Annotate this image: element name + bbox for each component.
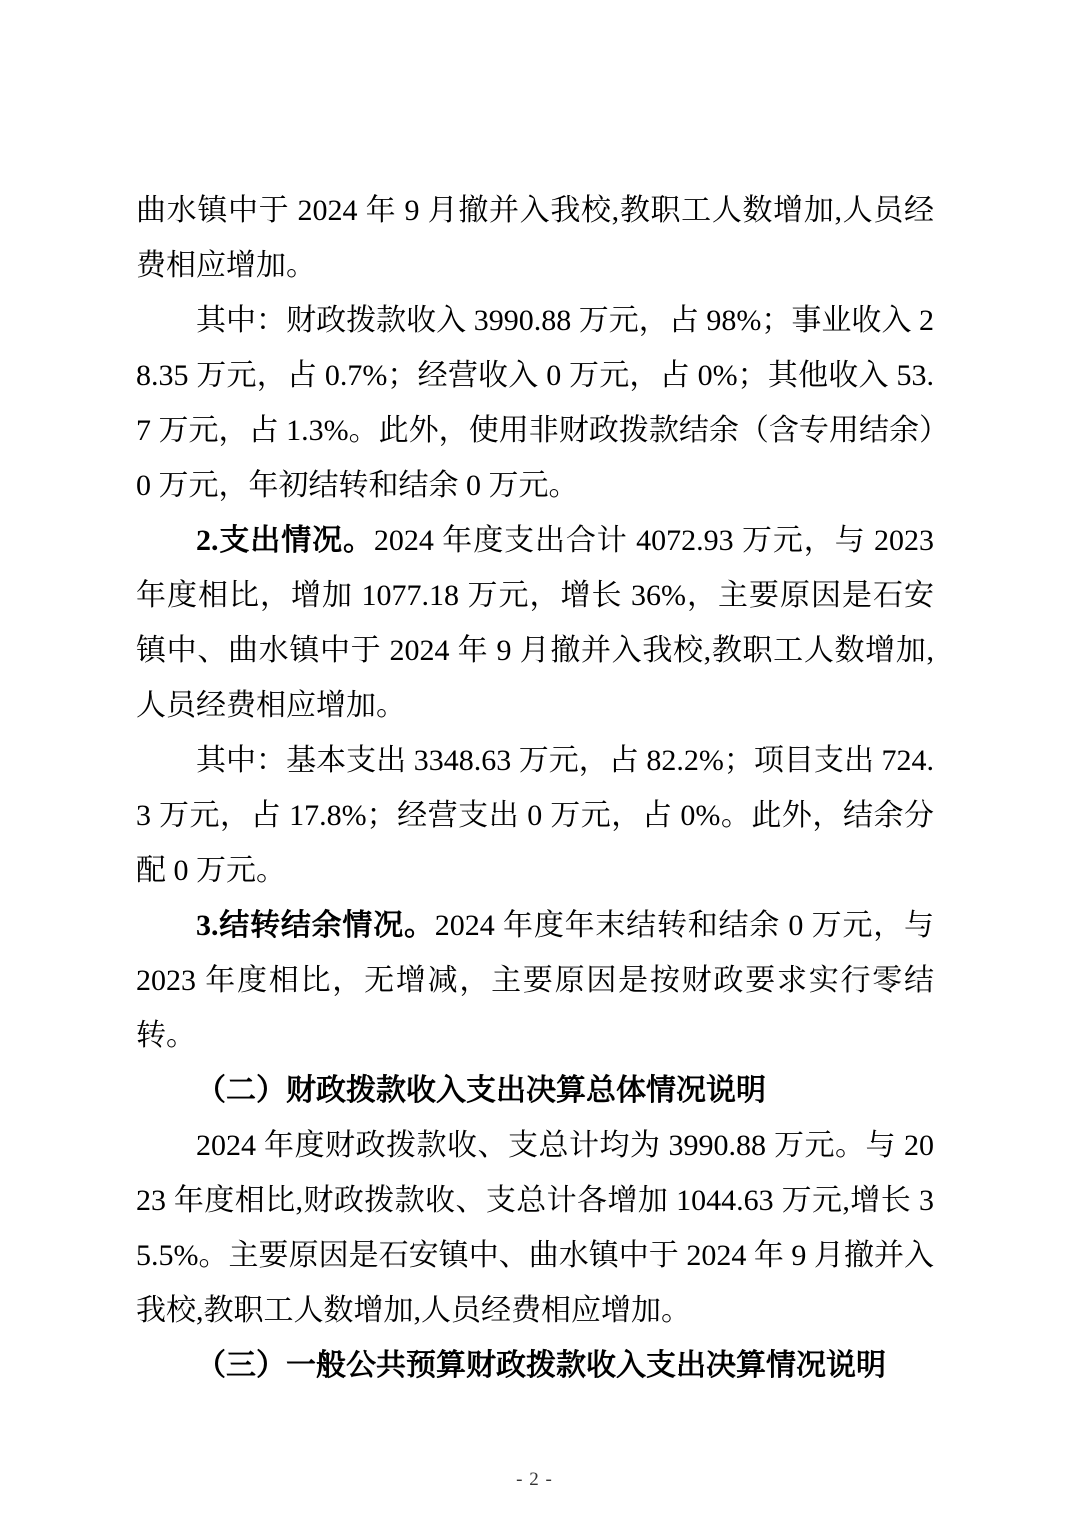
section-heading-2: （二）财政拨款收入支出决算总体情况说明 <box>136 1063 934 1118</box>
paragraph-income-breakdown: 其中：财政拨款收入 3990.88 万元，占 98%；事业收入 28.35 万元… <box>136 293 934 513</box>
paragraph-expenditure-overview: 2.支出情况。2024 年度支出合计 4072.93 万元，与 2023 年度相… <box>136 513 934 733</box>
inline-heading-carryover: 3.结转结余情况。 <box>196 909 435 942</box>
section-heading-3: （三）一般公共预算财政拨款收入支出决算情况说明 <box>136 1338 934 1393</box>
document-page: 曲水镇中于 2024 年 9 月撤并入我校,教职工人数增加,人员经费相应增加。 … <box>0 0 1069 1515</box>
paragraph-fiscal-appropriation-overview: 2024 年度财政拨款收、支总计均为 3990.88 万元。与 2023 年度相… <box>136 1118 934 1338</box>
paragraph-text: 2024 年度财政拨款收、支总计均为 3990.88 万元。与 2023 年度相… <box>136 1129 934 1327</box>
page-footer: - 2 - <box>0 1469 1069 1491</box>
paragraph-text: 其中：财政拨款收入 3990.88 万元，占 98%；事业收入 28.35 万元… <box>136 304 934 502</box>
document-body: 曲水镇中于 2024 年 9 月撤并入我校,教职工人数增加,人员经费相应增加。 … <box>136 183 934 1393</box>
paragraph-income-reason-continued: 曲水镇中于 2024 年 9 月撤并入我校,教职工人数增加,人员经费相应增加。 <box>136 183 934 293</box>
paragraph-expenditure-breakdown: 其中：基本支出 3348.63 万元，占 82.2%；项目支出 724.3 万元… <box>136 733 934 898</box>
page-number: - 2 - <box>516 1469 553 1490</box>
section-heading-text: （三）一般公共预算财政拨款收入支出决算情况说明 <box>196 1349 886 1382</box>
inline-heading-expenditure: 2.支出情况。 <box>196 524 374 557</box>
paragraph-text: 曲水镇中于 2024 年 9 月撤并入我校,教职工人数增加,人员经费相应增加。 <box>136 194 934 282</box>
paragraph-text: 其中：基本支出 3348.63 万元，占 82.2%；项目支出 724.3 万元… <box>136 744 934 887</box>
paragraph-carryover: 3.结转结余情况。2024 年度年末结转和结余 0 万元，与 2023 年度相比… <box>136 898 934 1063</box>
section-heading-text: （二）财政拨款收入支出决算总体情况说明 <box>196 1074 766 1107</box>
